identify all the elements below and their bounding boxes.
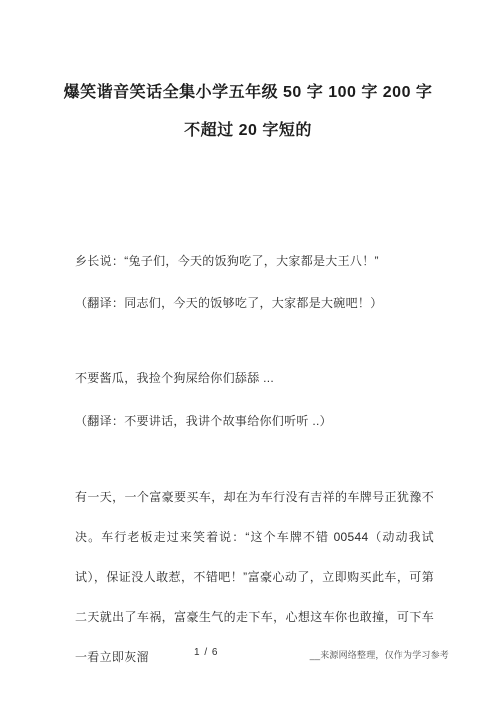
joke-1-line: 乡长说：“兔子们，今天的饭狗吃了，大家都是大王八！”: [75, 252, 436, 270]
watermark: __来源网络整理，仅作为学习参考: [310, 648, 449, 661]
joke-2-translation: （翻译：不要讲话，我讲个故事给你们听听 ..）: [75, 412, 436, 430]
page-number: 1 / 6: [194, 647, 218, 658]
document-page: 爆笑谐音笑话全集小学五年级 50 字 100 字 200 字不超过 20 字短的…: [0, 0, 496, 702]
document-title: 爆笑谐音笑话全集小学五年级 50 字 100 字 200 字不超过 20 字短的: [56, 74, 440, 150]
joke-1-translation: （翻译：同志们，今天的饭够吃了，大家都是大碗吧！）: [75, 294, 436, 312]
page-footer: 1 / 6 __来源网络整理，仅作为学习参考: [0, 645, 496, 665]
joke-2-line: 不要酱瓜，我捡个狗屎给你们舔舔 ...: [75, 369, 436, 387]
